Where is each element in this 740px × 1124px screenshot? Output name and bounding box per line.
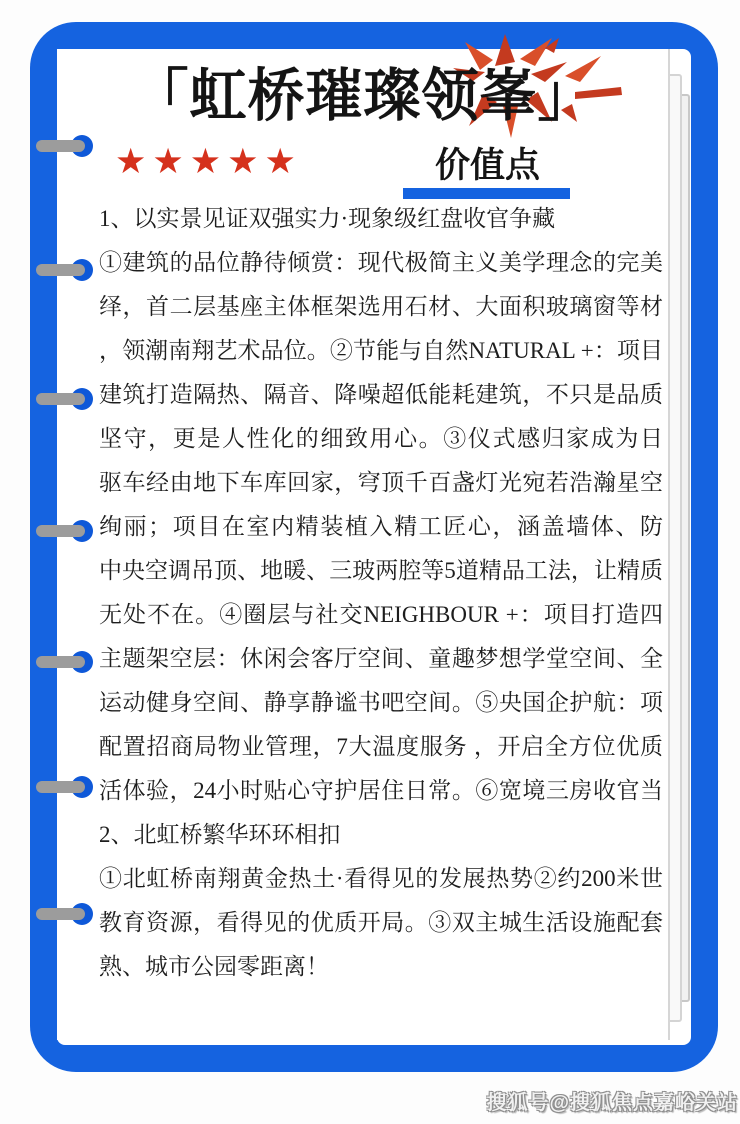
- body-line: 绚丽；项目在室内精装植入精工匠心，涵盖墙体、防水、: [99, 505, 663, 549]
- body-line: 中央空调吊顶、地暖、三玻两腔等5道精品工法，让精质: [99, 549, 663, 593]
- body-text: 1、以实景见证双强实力·现象级红盘收官争藏①建筑的品位静待倾赏：现代极简主义美学…: [99, 197, 663, 989]
- binder-ring-bar: [36, 264, 85, 276]
- body-line: 配置招商局物业管理，7大温度服务 ，开启全方位优质生: [99, 725, 663, 769]
- star-rating: ★★★★★: [115, 142, 302, 182]
- body-line: ①建筑的品位静待倾赏：现代极简主义美学理念的完美演: [99, 241, 663, 285]
- body-line: 主题架空层：休闲会客厅空间、童趣梦想学堂空间、全龄: [99, 637, 663, 681]
- binder-ring-bar: [36, 525, 85, 537]
- page-title: 「虹桥璀璨领峯」: [57, 46, 670, 146]
- binder-ring-bar: [36, 393, 85, 405]
- value-point-heading: 价值点: [395, 138, 580, 188]
- body-line: 熟、城市公园零距离！: [99, 945, 663, 989]
- body-line: 坚守，更是人性化的细致用心。③仪式感归家成为日常：: [99, 417, 663, 461]
- body-line: 1、以实景见证双强实力·现象级红盘收官争藏: [99, 197, 663, 241]
- binder-ring-bar: [36, 908, 85, 920]
- body-line: 教育资源，看得见的优质开局。③双主城生活设施配套成: [99, 901, 663, 945]
- body-line: ①北虹桥南翔黄金热土·看得见的发展热势②约200米世外: [99, 857, 663, 901]
- body-line: ，领潮南翔艺术品位。②节能与自然NATURAL +：项目: [99, 329, 663, 373]
- body-line: 绎，首二层基座主体框架选用石材、大面积玻璃窗等材质: [99, 285, 663, 329]
- body-line: 无处不在。④圈层与社交NEIGHBOUR +：项目打造四大: [99, 593, 663, 637]
- binder-ring-bar: [36, 656, 85, 668]
- body-line: 建筑打造隔热、隔音、降噪超低能耗建筑，不只是品质的: [99, 373, 663, 417]
- body-line: 驱车经由地下车库回家，穹顶千百盏灯光宛若浩瀚星空的: [99, 461, 663, 505]
- body-line: 运动健身空间、静享静谧书吧空间。⑤央国企护航：项目: [99, 681, 663, 725]
- body-line: 2、北虹桥繁华环环相扣: [99, 813, 663, 857]
- body-line: 活体验，24小时贴心守护居住日常。⑥宽境三房收官当藏: [99, 769, 663, 813]
- watermark-text: 搜狐号@搜狐焦点嘉峪关站: [486, 1086, 738, 1115]
- binder-ring-bar: [36, 781, 85, 793]
